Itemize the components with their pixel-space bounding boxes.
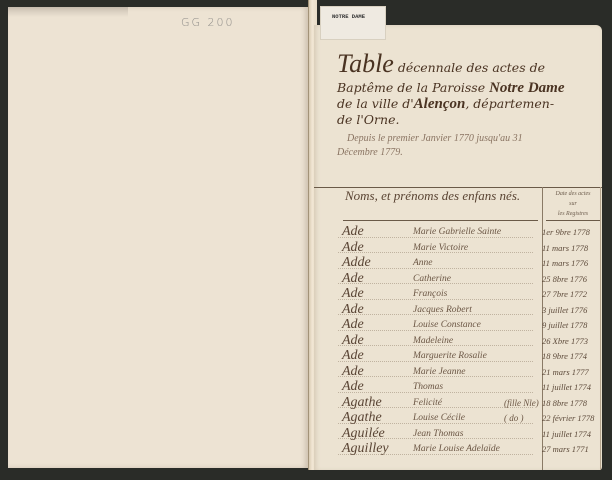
- title-line-4: de l'Orne.: [337, 112, 599, 128]
- table-row: Ade Marie Jeanne 21 mars 1777: [338, 365, 608, 381]
- shelfmark-label: GG 200: [181, 16, 235, 29]
- date-range-line-1: Depuis le premier Janvier 1770 jusqu'au …: [337, 132, 599, 146]
- act-date: 21 mars 1777: [542, 367, 606, 377]
- table-row: Agathe Felicité (fille Nle) 18 8bre 1778: [338, 396, 608, 412]
- act-date: 9 juillet 1778: [542, 320, 606, 330]
- act-date: 27 7bre 1772: [542, 289, 606, 299]
- given-names: François: [413, 289, 447, 299]
- column-header-dates: Date des actes sur les Registres: [543, 189, 603, 219]
- act-date: 11 juillet 1774: [542, 382, 606, 392]
- tab-label-text: NOTRE DAME: [332, 13, 365, 20]
- given-names: Marie Victoire: [413, 243, 468, 253]
- parish-name: Notre Dame: [489, 80, 564, 96]
- act-date: 18 8bre 1778: [542, 398, 606, 408]
- table-row: Aguilley Marie Louise Adelaïde 27 mars 1…: [338, 442, 608, 458]
- page-shadow: [8, 7, 128, 17]
- table-row: Agathe Louise Cécile ( do ) 22 février 1…: [338, 411, 608, 427]
- table-row: Ade Thomas 11 juillet 1774: [338, 380, 608, 396]
- table-row: Ade Madeleine 26 Xbre 1773: [338, 334, 608, 350]
- dates-header-rule: [546, 220, 600, 221]
- given-names: Louise Constance: [413, 320, 481, 330]
- surname: Aguilée: [342, 426, 385, 442]
- given-names: Marie Louise Adelaïde: [413, 444, 500, 454]
- table-row: Ade Marie Gabrielle Sainte 1er 9bre 1778: [338, 225, 608, 241]
- surname: Ade: [342, 317, 364, 333]
- table-row: Ade Catherine 25 8bre 1776: [338, 272, 608, 288]
- given-names: Anne: [413, 258, 433, 268]
- document-title: Table décennale des actes de Baptême de …: [337, 52, 599, 160]
- given-names: Thomas: [413, 382, 443, 392]
- header-dates-line-1: Date des actes: [543, 189, 603, 199]
- given-names: Marguerite Rosalie: [413, 351, 487, 361]
- table-row: Adde Anne 11 mars 1776: [338, 256, 608, 272]
- surname: Ade: [342, 379, 364, 395]
- header-dates-line-3: les Registres: [543, 209, 603, 219]
- title-line-3-end: , départemen-: [465, 96, 554, 111]
- surname: Adde: [342, 255, 371, 271]
- archive-tab-label: NOTRE DAME: [320, 6, 386, 40]
- note: (fille Nle): [504, 398, 539, 408]
- surname: Aguilley: [342, 441, 389, 457]
- table-row: Aguilée Jean Thomas 11 juillet 1774: [338, 427, 608, 443]
- title-line-3-text: de la ville d': [337, 96, 414, 111]
- act-date: 22 février 1778: [542, 413, 606, 423]
- given-names: Jean Thomas: [413, 429, 463, 439]
- column-header-names: Noms, et prénoms des enfans nés.: [345, 188, 520, 204]
- act-date: 26 Xbre 1773: [542, 336, 606, 346]
- table-row: Ade Jacques Robert 3 juillet 1776: [338, 303, 608, 319]
- surname: Agathe: [342, 410, 382, 426]
- surname: Ade: [342, 271, 364, 287]
- table-row: Ade Marguerite Rosalie 18 9bre 1774: [338, 349, 608, 365]
- surname: Ade: [342, 364, 364, 380]
- header-dates-line-2: sur: [543, 199, 603, 209]
- surname: Ade: [342, 240, 364, 256]
- act-date: 25 8bre 1776: [542, 274, 606, 284]
- given-names: Madeleine: [413, 336, 453, 346]
- act-date: 3 juillet 1776: [542, 305, 606, 315]
- surname: Agathe: [342, 395, 382, 411]
- table-row: Ade Marie Victoire 11 mars 1778: [338, 241, 608, 257]
- act-date: 11 mars 1778: [542, 243, 606, 253]
- baptism-table: Ade Marie Gabrielle Sainte 1er 9bre 1778…: [338, 225, 608, 458]
- date-range-line-2: Décembre 1779.: [337, 146, 599, 160]
- act-date: 11 juillet 1774: [542, 429, 606, 439]
- title-line-1: Table décennale des actes de: [337, 52, 599, 80]
- given-names: Louise Cécile: [413, 413, 465, 423]
- title-line-2: Baptême de la Paroisse Notre Dame: [337, 80, 599, 96]
- background-edge: [0, 470, 612, 480]
- title-line-3: de la ville d'Alençon, départemen-: [337, 96, 599, 112]
- act-date: 11 mars 1776: [542, 258, 606, 268]
- note: ( do ): [504, 413, 524, 423]
- surname: Ade: [342, 286, 364, 302]
- surname: Ade: [342, 302, 364, 318]
- names-header-rule: [343, 220, 538, 221]
- given-names: Jacques Robert: [413, 305, 472, 315]
- town-name: Alençon: [414, 96, 466, 112]
- given-names: Marie Gabrielle Sainte: [413, 227, 501, 237]
- given-names: Marie Jeanne: [413, 367, 466, 377]
- title-line-2-text: Baptême de la Paroisse: [337, 80, 489, 95]
- given-names: Catherine: [413, 274, 451, 284]
- surname: Ade: [342, 224, 364, 240]
- act-date: 27 mars 1771: [542, 444, 606, 454]
- surname: Ade: [342, 348, 364, 364]
- act-date: 18 9bre 1774: [542, 351, 606, 361]
- left-page: [8, 7, 308, 468]
- title-line-1-rest: décennale des actes de: [394, 60, 545, 75]
- given-names: Felicité: [413, 398, 442, 408]
- table-row: Ade François 27 7bre 1772: [338, 287, 608, 303]
- title-initial-word: Table: [337, 49, 394, 78]
- table-row: Ade Louise Constance 9 juillet 1778: [338, 318, 608, 334]
- surname: Ade: [342, 333, 364, 349]
- act-date: 1er 9bre 1778: [542, 227, 606, 237]
